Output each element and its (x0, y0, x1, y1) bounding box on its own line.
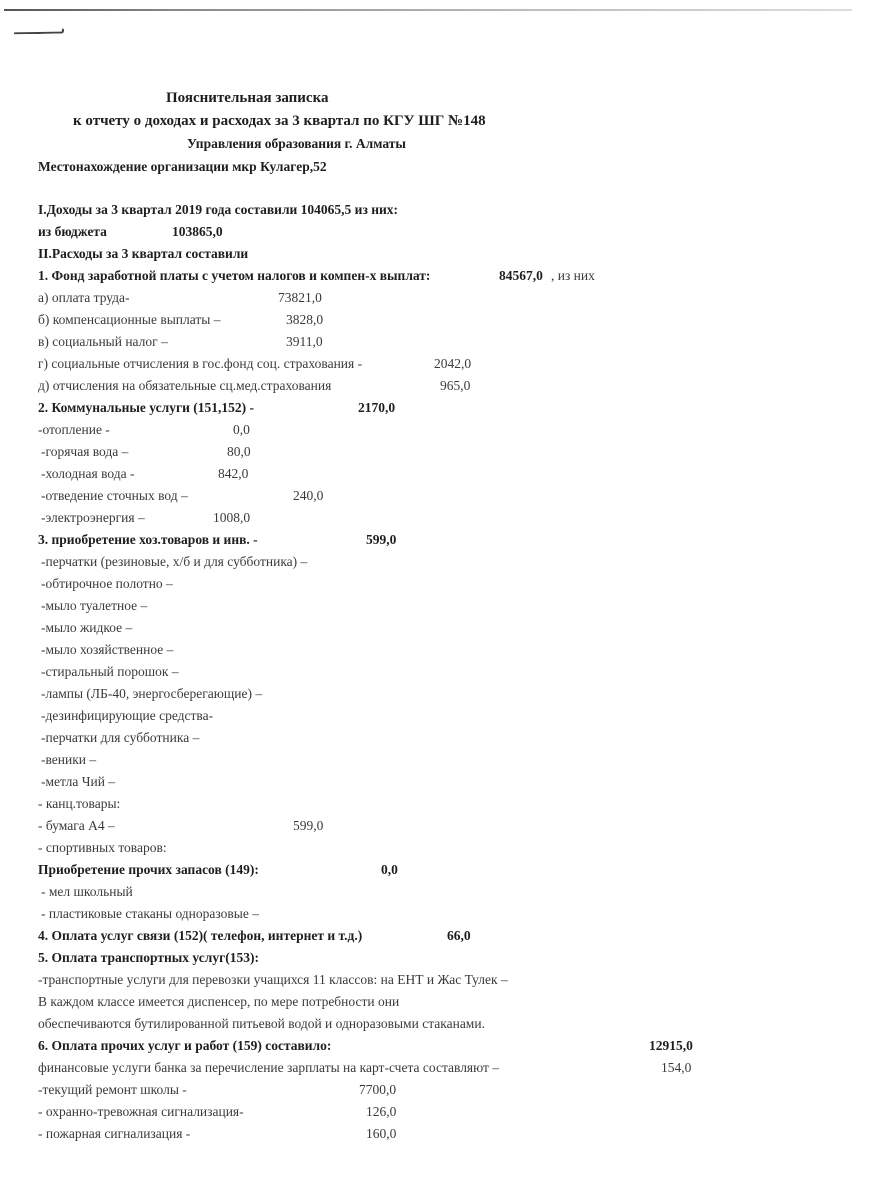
budget-value: 103865,0 (172, 224, 223, 240)
other-services-item-label: -текущий ремонт школы - (38, 1082, 187, 1098)
utilities-item-label: -электроэнергия – (41, 510, 145, 526)
supplies-item: - бумага А4 – (38, 818, 115, 834)
budget-label: из бюджета (38, 224, 107, 240)
payroll-item-label: д) отчисления на обязательные сц.мед.стр… (38, 378, 331, 394)
utilities-item-label: -отведение сточных вод – (41, 488, 188, 504)
other-services-item-label: - охранно-тревожная сигнализация- (38, 1104, 244, 1120)
supplies-item: -дезинфицирующие средства- (41, 708, 213, 724)
income-label: I.Доходы за 3 квартал 2019 года составил… (38, 202, 398, 218)
transport-line: В каждом классе имеется диспенсер, по ме… (38, 994, 399, 1010)
other-services-item-value: 160,0 (366, 1126, 396, 1142)
supplies-item: -веники – (41, 752, 96, 768)
other-services-item-label: - пожарная сигнализация - (38, 1126, 190, 1142)
expenses-heading: II.Расходы за 3 квартал составили (38, 246, 248, 262)
other-services-item-value: 126,0 (366, 1104, 396, 1120)
utilities-item-value: 0,0 (233, 422, 250, 438)
supplies-item: - канц.товары: (38, 796, 120, 812)
transport-label: 5. Оплата транспортных услуг(153): (38, 950, 259, 966)
scan-edge-line (4, 9, 852, 11)
payroll-item-value: 3828,0 (286, 312, 323, 328)
supplies-item: -мыло туалетное – (41, 598, 147, 614)
utilities-value: 2170,0 (358, 400, 395, 416)
communications-value: 66,0 (447, 928, 471, 944)
document-subtitle: к отчету о доходах и расходах за 3 кварт… (73, 113, 486, 129)
utilities-item-label: -горячая вода – (41, 444, 128, 460)
supplies-item-value: 599,0 (293, 818, 323, 834)
payroll-value: 84567,0 (499, 268, 543, 284)
other-services-item-value: 154,0 (661, 1060, 691, 1076)
payroll-label: 1. Фонд заработной платы с учетом налого… (38, 268, 430, 284)
transport-line: -транспортные услуги для перевозки учащи… (38, 972, 508, 988)
department: Управления образования г. Алматы (187, 136, 406, 152)
supplies-item: -перчатки (резиновые, х/б и для субботни… (41, 554, 307, 570)
utilities-item-value: 842,0 (218, 466, 248, 482)
supplies-item: -стиральный порошок – (41, 664, 179, 680)
other-stock-item: - пластиковые стаканы одноразовые – (41, 906, 259, 922)
utilities-item-value: 80,0 (227, 444, 251, 460)
payroll-item-label: б) компенсационные выплаты – (38, 312, 220, 328)
other-services-item-value: 7700,0 (359, 1082, 396, 1098)
utilities-item-value: 1008,0 (213, 510, 250, 526)
location: Местонахождение организации мкр Кулагер,… (38, 159, 327, 175)
supplies-label: 3. приобретение хоз.товаров и инв. - (38, 532, 258, 548)
supplies-item: -перчатки для субботника – (41, 730, 199, 746)
payroll-item-label: в) социальный налог – (38, 334, 168, 350)
payroll-item-value: 3911,0 (286, 334, 323, 350)
other-services-item-label: финансовые услуги банка за перечисление … (38, 1060, 499, 1076)
other-stock-label: Приобретение прочих запасов (149): (38, 862, 259, 878)
other-stock-item: - мел школьный (41, 884, 133, 900)
transport-line: обеспечиваются бутилированной питьевой в… (38, 1016, 485, 1032)
other-services-value: 12915,0 (649, 1038, 693, 1054)
payroll-suffix: , из них (551, 268, 595, 284)
supplies-item: -обтирочное полотно – (41, 576, 173, 592)
communications-label: 4. Оплата услуг связи (152)( телефон, ин… (38, 928, 362, 944)
payroll-item-label: г) социальные отчисления в гос.фонд соц.… (38, 356, 362, 372)
payroll-item-label: а) оплата труда- (38, 290, 130, 306)
pen-mark (14, 29, 64, 35)
other-services-label: 6. Оплата прочих услуг и работ (159) сос… (38, 1038, 331, 1054)
supplies-item: -мыло жидкое – (41, 620, 132, 636)
payroll-item-value: 965,0 (440, 378, 470, 394)
document-title: Пояснительная записка (166, 90, 329, 106)
supplies-item: -метла Чий – (41, 774, 115, 790)
payroll-item-value: 73821,0 (278, 290, 322, 306)
other-stock-value: 0,0 (381, 862, 398, 878)
supplies-item: -лампы (ЛБ-40, энергосберегающие) – (41, 686, 262, 702)
supplies-item: -мыло хозяйственное – (41, 642, 173, 658)
supplies-value: 599,0 (366, 532, 396, 548)
supplies-item: - спортивных товаров: (38, 840, 167, 856)
utilities-item-label: -отопление - (38, 422, 110, 438)
utilities-item-value: 240,0 (293, 488, 323, 504)
payroll-item-value: 2042,0 (434, 356, 471, 372)
utilities-label: 2. Коммунальные услуги (151,152) - (38, 400, 254, 416)
utilities-item-label: -холодная вода - (41, 466, 134, 482)
